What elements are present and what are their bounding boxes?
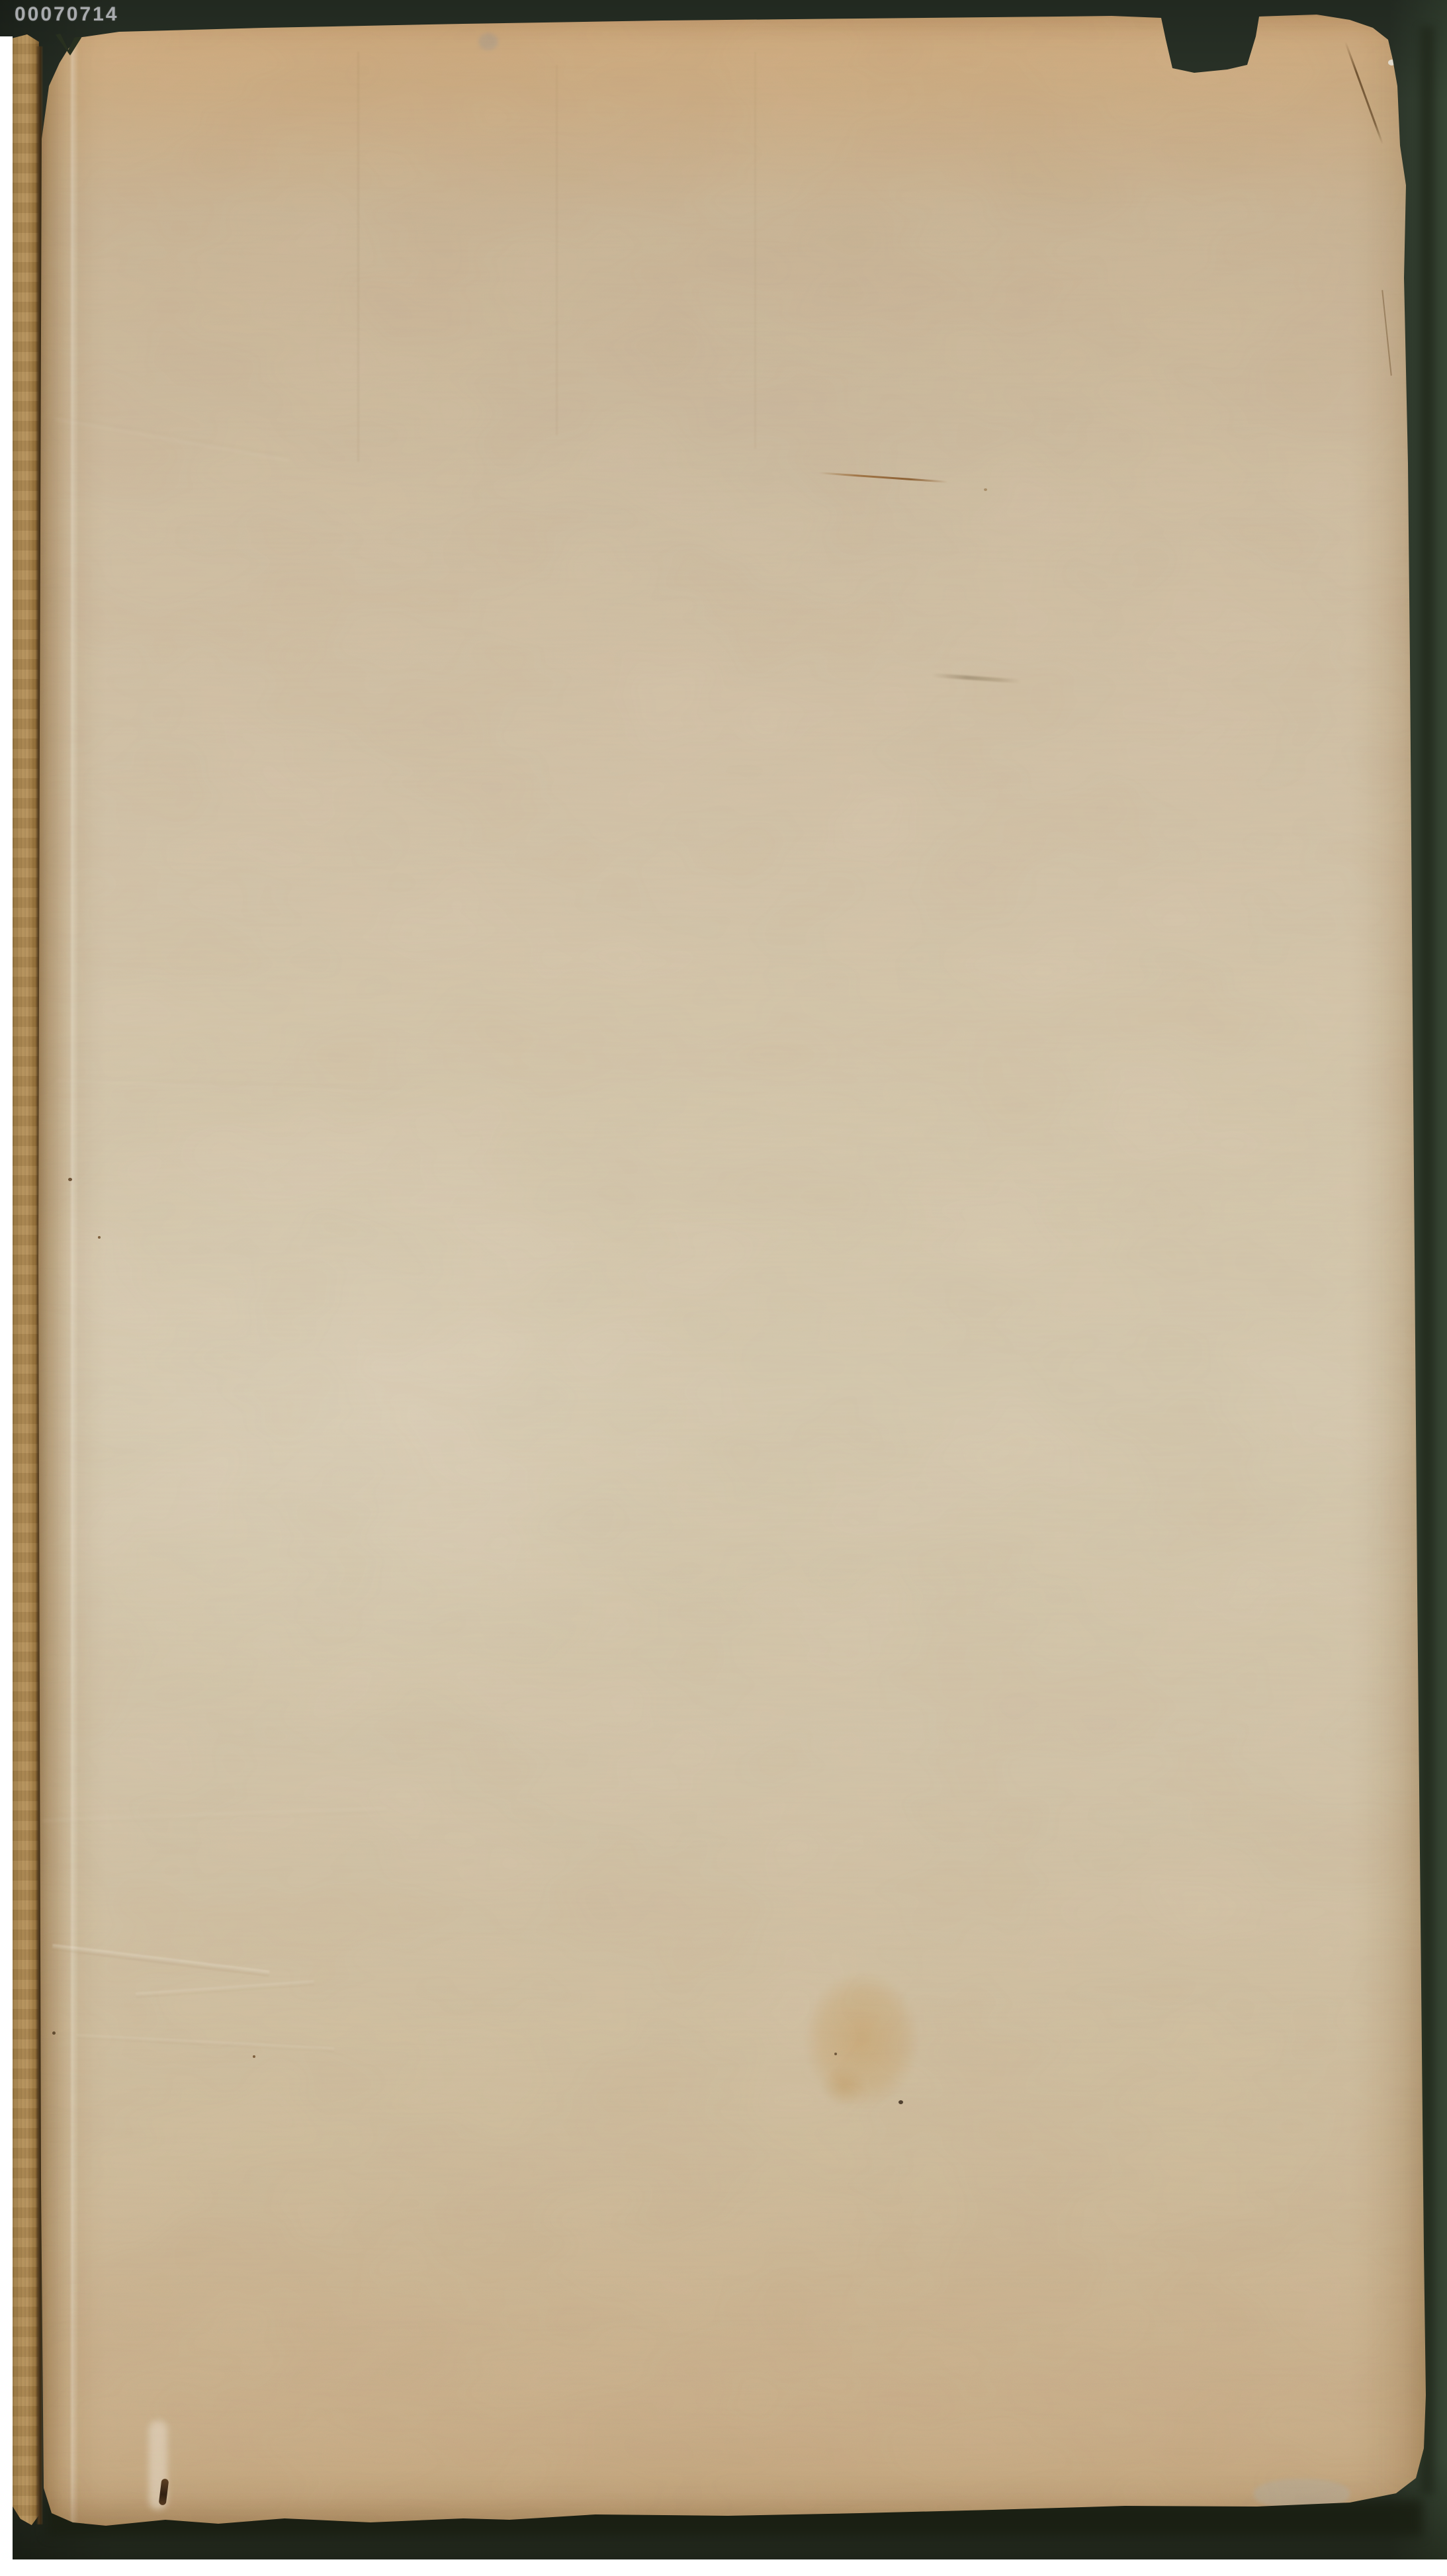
page-edge-shading bbox=[36, 12, 1432, 2528]
paper-stain bbox=[814, 2060, 873, 2113]
paper-fleck bbox=[253, 2055, 255, 2058]
book-spine-edge bbox=[13, 34, 39, 2526]
paper-fleck bbox=[899, 2100, 903, 2104]
book-page bbox=[36, 12, 1432, 2528]
paper-fleck bbox=[68, 1178, 72, 1181]
paper-chain-line bbox=[357, 52, 359, 462]
book-scan: 00070714 bbox=[0, 0, 1447, 2576]
paper-chain-line bbox=[754, 52, 756, 449]
scanner-margin-bottom bbox=[0, 2559, 1447, 2576]
scan-id-stamp: 00070714 bbox=[15, 3, 118, 26]
paper-fleck bbox=[52, 2031, 56, 2035]
paper-chain-line bbox=[556, 65, 558, 435]
paper-fleck bbox=[98, 1236, 101, 1239]
paper-fleck bbox=[984, 488, 987, 491]
paper-fleck bbox=[834, 2053, 837, 2055]
top-smudge bbox=[478, 33, 498, 50]
scanner-margin-left bbox=[0, 36, 13, 2576]
